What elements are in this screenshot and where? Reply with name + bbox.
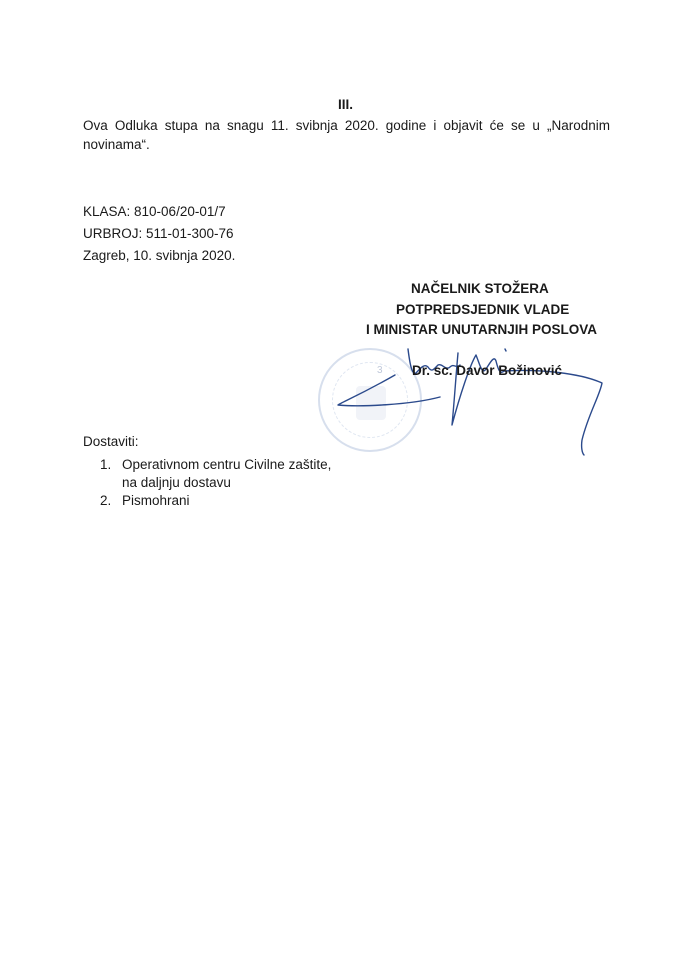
handwritten-signature-icon bbox=[320, 335, 620, 460]
delivery-list-item: 1.Operativnom centru Civilne zaštite, bbox=[100, 455, 331, 474]
delivery-label: Dostaviti: bbox=[83, 432, 139, 451]
list-item-continuation: na daljnju dostavu bbox=[122, 473, 231, 492]
decision-paragraph: Ova Odluka stupa na snagu 11. svibnja 20… bbox=[83, 116, 610, 154]
urbroj-reference: URBROJ: 511-01-300-76 bbox=[83, 224, 234, 243]
signatory-title-2: POTPREDSJEDNIK VLADE bbox=[396, 302, 569, 317]
list-item-text: Operativnom centru Civilne zaštite, bbox=[122, 457, 331, 472]
signatory-name: Dr. sc. Davor Božinović bbox=[412, 363, 562, 378]
list-number: 2. bbox=[100, 491, 122, 510]
delivery-list-item: 2.Pismohrani bbox=[100, 491, 190, 510]
klasa-reference: KLASA: 810-06/20-01/7 bbox=[83, 202, 226, 221]
list-item-text: Pismohrani bbox=[122, 493, 190, 508]
signatory-title-1: NAČELNIK STOŽERA bbox=[411, 281, 549, 296]
place-date: Zagreb, 10. svibnja 2020. bbox=[83, 246, 235, 265]
section-number: III. bbox=[0, 97, 691, 112]
list-number: 1. bbox=[100, 455, 122, 474]
